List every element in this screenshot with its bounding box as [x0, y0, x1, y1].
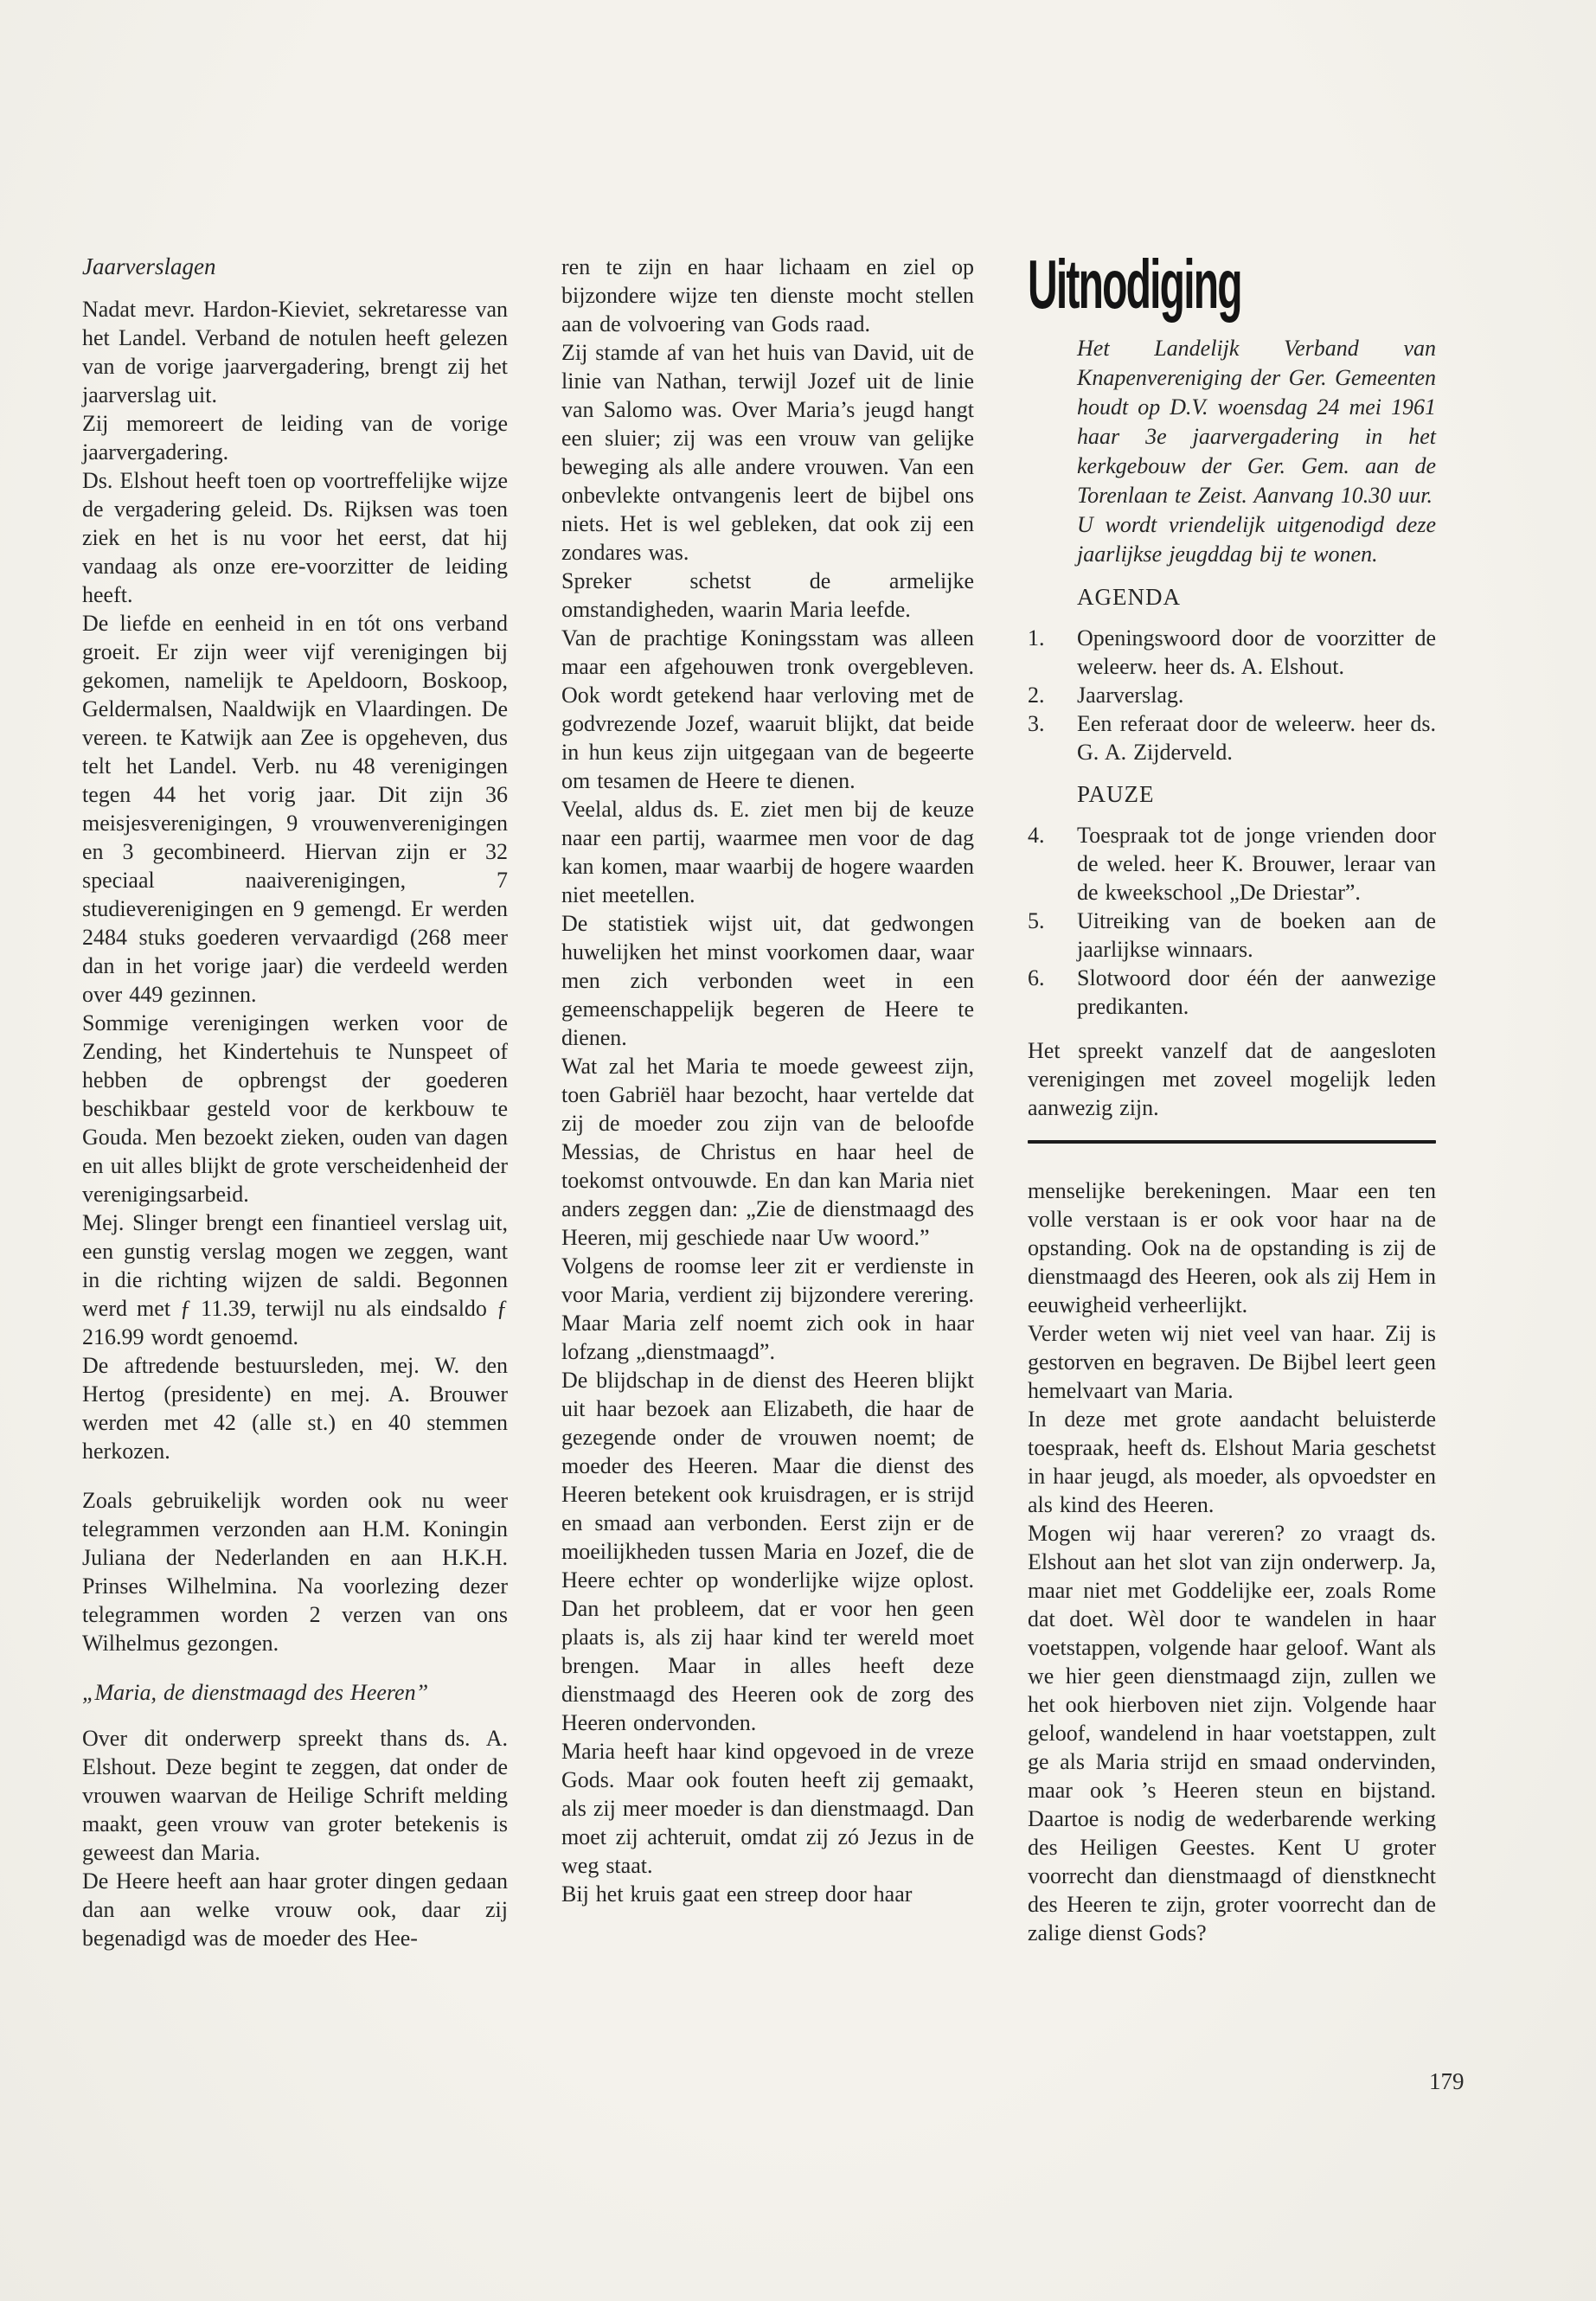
paragraph: Van de prachtige Koningsstam was alleen …: [561, 624, 974, 795]
paragraph: Verder weten wij niet veel van haar. Zij…: [1028, 1319, 1436, 1405]
paragraph: De aftredende bestuursleden, mej. W. den…: [82, 1351, 508, 1465]
agenda-item: 5.Uitreiking van de boeken aan de jaarli…: [1028, 907, 1436, 964]
invitation-closing-paragraph: Het spreekt vanzelf dat de aangesloten v…: [1028, 1036, 1436, 1122]
pauze-heading: PAUZE: [1077, 780, 1436, 809]
paragraph: Over dit onderwerp spreekt thans ds. A. …: [82, 1724, 508, 1867]
agenda-list-part1: 1.Openingswoord door de voorzitter de we…: [1028, 624, 1436, 766]
column-left: Jaarverslagen Nadat mevr. Hardon-Kieviet…: [82, 253, 508, 1952]
paragraph: Nadat mevr. Hardon-Kieviet, sekretaresse…: [82, 295, 508, 409]
agenda-heading: AGENDA: [1077, 583, 1436, 612]
article-title-uitnodiging: Uitnodiging: [1028, 253, 1272, 317]
paragraph: De Heere heeft aan haar groter dingen ge…: [82, 1867, 508, 1952]
agenda-item: 3.Een referaat door de weleerw. heer ds.…: [1028, 709, 1436, 766]
agenda-item-text: Openingswoord door de voorzitter de wele…: [1077, 624, 1436, 681]
sub-heading: „Maria, de dienstmaagd des Heeren”: [82, 1678, 508, 1707]
paragraph: Bij het kruis gaat een streep door haar: [561, 1880, 974, 1908]
paragraph: De liefde en eenheid in en tót ons verba…: [82, 609, 508, 1009]
paragraph: Volgens de roomse leer zit er verdienste…: [561, 1252, 974, 1366]
agenda-item-text: Een referaat door de weleerw. heer ds. G…: [1077, 709, 1436, 766]
agenda-item: 6.Slotwoord door één der aanwezige predi…: [1028, 964, 1436, 1021]
paragraph: ren te zijn en haar lichaam en ziel op b…: [561, 253, 974, 338]
right-column-paragraphs: menselijke berekeningen. Maar een ten vo…: [1028, 1176, 1436, 1947]
paragraph: Maria heeft haar kind opgevoed in de vre…: [561, 1737, 974, 1880]
agenda-item: 1.Openingswoord door de voorzitter de we…: [1028, 624, 1436, 681]
paragraph: Spreker schetst de armelijke omstandighe…: [561, 567, 974, 624]
paragraph: Veelal, aldus ds. E. ziet men bij de keu…: [561, 795, 974, 909]
agenda-item-number: 5.: [1028, 907, 1077, 964]
paragraph: Mogen wij haar vereren? zo vraagt ds. El…: [1028, 1519, 1436, 1947]
agenda-item-number: 3.: [1028, 709, 1077, 766]
agenda-item-number: 4.: [1028, 821, 1077, 907]
paragraph: Sommige verenigingen werken voor de Zend…: [82, 1009, 508, 1208]
agenda-item-text: Toespraak tot de jonge vrienden door de …: [1077, 821, 1436, 907]
agenda-item-number: 6.: [1028, 964, 1077, 1021]
paragraph: Zoals gebruikelijk worden ook nu weer te…: [82, 1486, 508, 1657]
magazine-page: Jaarverslagen Nadat mevr. Hardon-Kieviet…: [0, 0, 1596, 2301]
paragraph: U wordt vriendelijk uitgenodigd deze jaa…: [1077, 510, 1436, 569]
agenda-item-text: Slotwoord door één der aanwezige predika…: [1077, 964, 1436, 1021]
paragraph: Mej. Slinger brengt een finantieel versl…: [82, 1208, 508, 1351]
paragraph: De blijdschap in de dienst des Heeren bl…: [561, 1366, 974, 1737]
invitation-intro: Het Landelijk Verband van Knapenverenigi…: [1028, 334, 1436, 569]
paragraph: Zij stamde af van het huis van David, ui…: [561, 338, 974, 567]
agenda-item-text: Uitreiking van de boeken aan de jaarlijk…: [1077, 907, 1436, 964]
section-heading-jaarverslagen: Jaarverslagen: [82, 253, 508, 281]
agenda-item-number: 2.: [1028, 681, 1077, 709]
horizontal-rule: [1028, 1140, 1436, 1144]
column-right: Uitnodiging Het Landelijk Verband van Kn…: [1028, 253, 1436, 1947]
paragraph: Zij memoreert de leiding van de vorige j…: [82, 409, 508, 466]
paragraph: In deze met grote aandacht beluisterde t…: [1028, 1405, 1436, 1519]
agenda-list-part2: 4.Toespraak tot de jonge vrienden door d…: [1028, 821, 1436, 1021]
column-middle: ren te zijn en haar lichaam en ziel op b…: [561, 253, 974, 1908]
agenda-item-text: Jaarverslag.: [1077, 681, 1436, 709]
paragraph: Wat zal het Maria te moede geweest zijn,…: [561, 1052, 974, 1252]
agenda-item-number: 1.: [1028, 624, 1077, 681]
page-number: 179: [1429, 2067, 1465, 2096]
left-column-paragraphs: Nadat mevr. Hardon-Kieviet, sekretaresse…: [82, 295, 508, 1952]
paragraph: menselijke berekeningen. Maar een ten vo…: [1028, 1176, 1436, 1319]
paragraph: Ds. Elshout heeft toen op voortreffelijk…: [82, 466, 508, 609]
middle-column-paragraphs: ren te zijn en haar lichaam en ziel op b…: [561, 253, 974, 1908]
agenda-item: 4.Toespraak tot de jonge vrienden door d…: [1028, 821, 1436, 907]
agenda-item: 2.Jaarverslag.: [1028, 681, 1436, 709]
paragraph: De statistiek wijst uit, dat gedwongen h…: [561, 909, 974, 1052]
paragraph: Het Landelijk Verband van Knapenverenigi…: [1077, 334, 1436, 510]
